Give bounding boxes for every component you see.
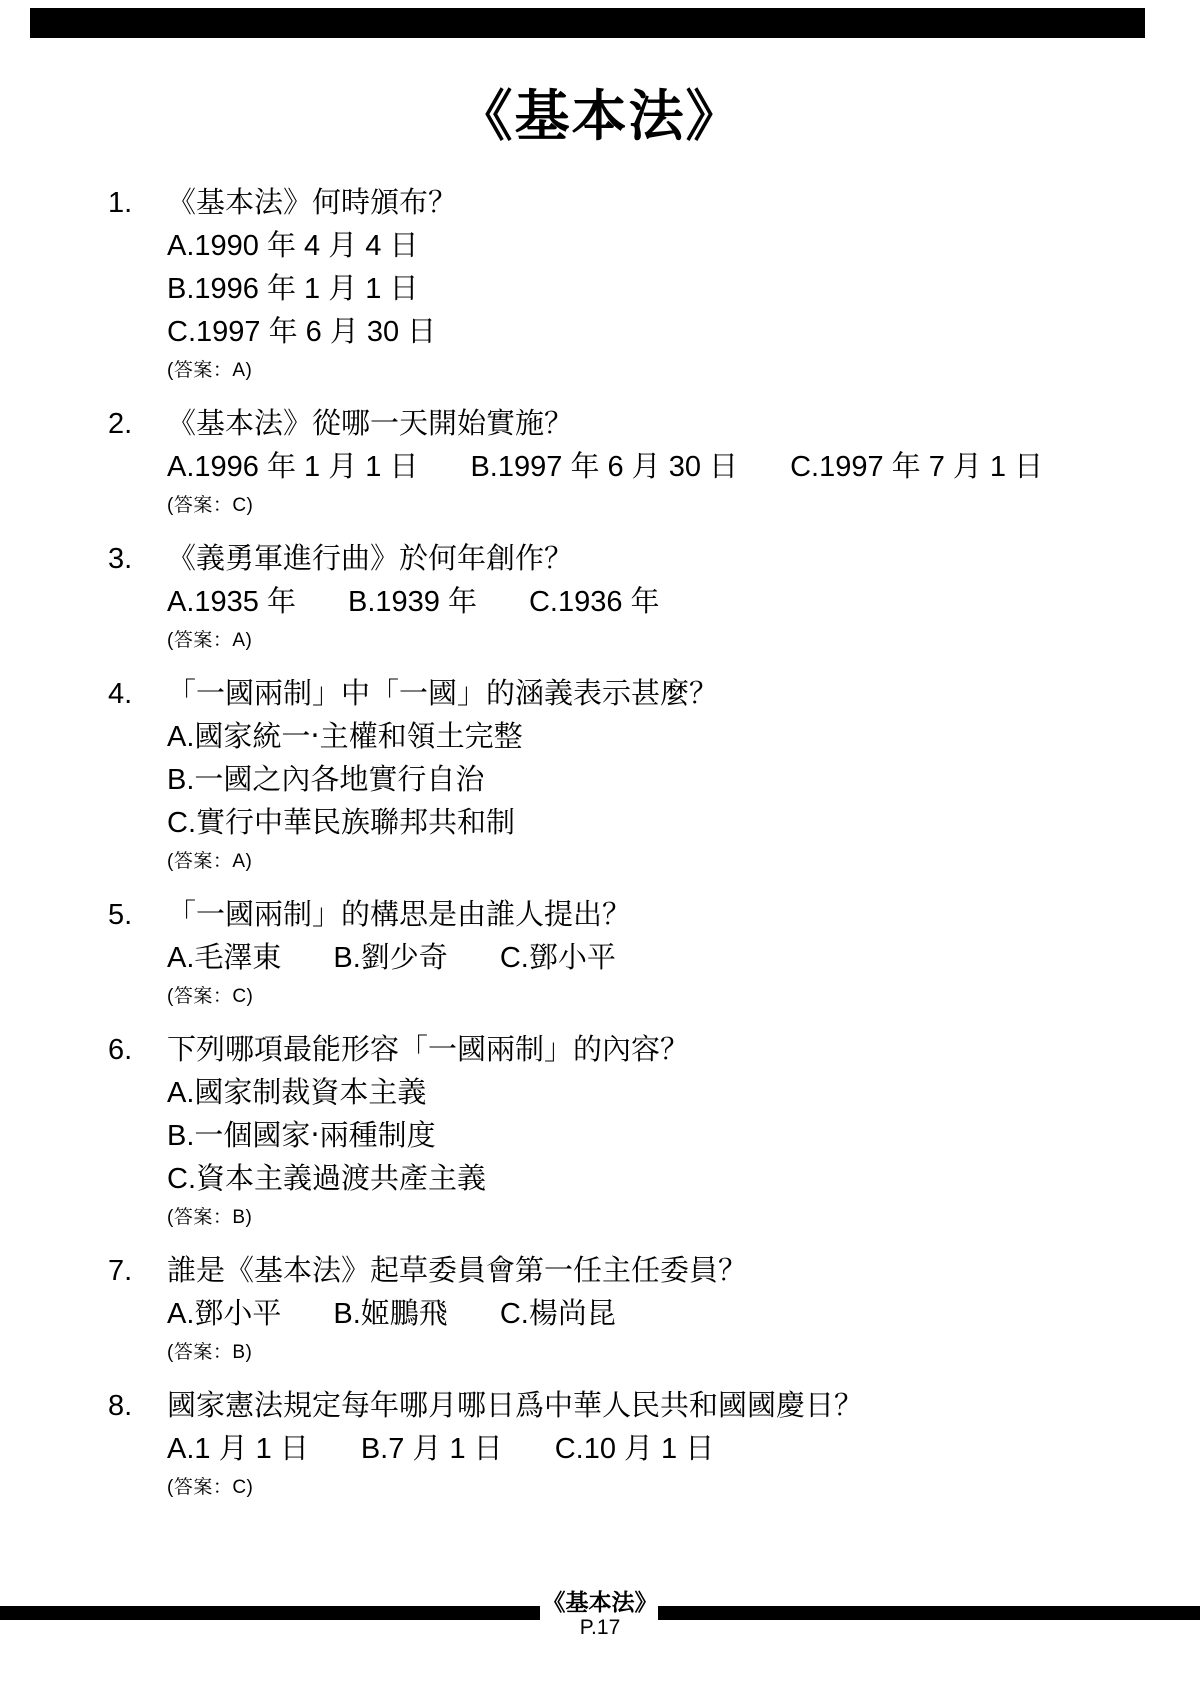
option-a: A.毛澤東	[167, 937, 281, 980]
option-b: B.1939 年	[348, 581, 477, 624]
option-c: C.1997 年 6 月 30 日	[167, 311, 1128, 354]
option-b: B.7 月 1 日	[361, 1428, 503, 1471]
answer-key: (答案：C)	[167, 1475, 1128, 1501]
option-a: A.鄧小平	[167, 1293, 281, 1336]
option-c: C.1936 年	[529, 581, 660, 624]
option-a: A.1990 年 4 月 4 日	[167, 225, 1128, 268]
question-number: 2.	[108, 403, 167, 519]
question-body: 《基本法》何時頒布？ A.1990 年 4 月 4 日 B.1996 年 1 月…	[167, 182, 1128, 384]
options-row: A.1935 年 B.1939 年 C.1936 年	[167, 581, 1128, 624]
option-c: C.1997 年 7 月 1 日	[790, 446, 1043, 489]
answer-key: (答案：A)	[167, 628, 1128, 654]
question-4: 4. 「一國兩制」中「一國」的涵義表示甚麼？ A.國家統一‧主權和領土完整 B.…	[108, 673, 1128, 875]
option-c: C.資本主義過渡共產主義	[167, 1158, 1128, 1201]
options-row: A.1996 年 1 月 1 日 B.1997 年 6 月 30 日 C.199…	[167, 446, 1128, 489]
option-c: C.鄧小平	[500, 937, 616, 980]
question-3: 3. 《義勇軍進行曲》於何年創作？ A.1935 年 B.1939 年 C.19…	[108, 538, 1128, 654]
question-stem: 《義勇軍進行曲》於何年創作？	[167, 538, 1128, 581]
question-stem: 國家憲法規定每年哪月哪日爲中華人民共和國國慶日？	[167, 1385, 1128, 1428]
option-a: A.1 月 1 日	[167, 1428, 309, 1471]
question-body: 《基本法》從哪一天開始實施？ A.1996 年 1 月 1 日 B.1997 年…	[167, 403, 1128, 519]
question-body: 誰是《基本法》起草委員會第一任主任委員？ A.鄧小平 B.姬鵬飛 C.楊尚昆 (…	[167, 1250, 1128, 1366]
options-row: A.毛澤東 B.劉少奇 C.鄧小平	[167, 937, 1128, 980]
question-number: 5.	[108, 894, 167, 1010]
option-b: B.一個國家‧兩種制度	[167, 1115, 1128, 1158]
option-b: B.姬鵬飛	[333, 1293, 447, 1336]
top-rule-bar	[30, 8, 1145, 38]
option-b: B.劉少奇	[333, 937, 447, 980]
answer-key: (答案：C)	[167, 984, 1128, 1010]
options-row: A.1 月 1 日 B.7 月 1 日 C.10 月 1 日	[167, 1428, 1128, 1471]
question-body: 國家憲法規定每年哪月哪日爲中華人民共和國國慶日？ A.1 月 1 日 B.7 月…	[167, 1385, 1128, 1501]
question-stem: 「一國兩制」中「一國」的涵義表示甚麼？	[167, 673, 1128, 716]
document-page: 《基本法》 1. 《基本法》何時頒布？ A.1990 年 4 月 4 日 B.1…	[0, 0, 1200, 1700]
question-number: 6.	[108, 1029, 167, 1231]
question-stem: 《基本法》何時頒布？	[167, 182, 1128, 225]
question-stem: 下列哪項最能形容「一國兩制」的內容？	[167, 1029, 1128, 1072]
question-list: 1. 《基本法》何時頒布？ A.1990 年 4 月 4 日 B.1996 年 …	[108, 182, 1128, 1520]
answer-key: (答案：A)	[167, 358, 1128, 384]
answer-key: (答案：B)	[167, 1340, 1128, 1366]
question-number: 3.	[108, 538, 167, 654]
answer-key: (答案：C)	[167, 493, 1128, 519]
answer-key: (答案：A)	[167, 849, 1128, 875]
option-b: B.1996 年 1 月 1 日	[167, 268, 1128, 311]
question-stem: 誰是《基本法》起草委員會第一任主任委員？	[167, 1250, 1128, 1293]
question-6: 6. 下列哪項最能形容「一國兩制」的內容？ A.國家制裁資本主義 B.一個國家‧…	[108, 1029, 1128, 1231]
option-a: A.1996 年 1 月 1 日	[167, 446, 418, 489]
option-b: B.一國之內各地實行自治	[167, 759, 1128, 802]
footer-page-number: P.17	[0, 1616, 1200, 1640]
question-body: 下列哪項最能形容「一國兩制」的內容？ A.國家制裁資本主義 B.一個國家‧兩種制…	[167, 1029, 1128, 1231]
question-body: 《義勇軍進行曲》於何年創作？ A.1935 年 B.1939 年 C.1936 …	[167, 538, 1128, 654]
options-row: A.鄧小平 B.姬鵬飛 C.楊尚昆	[167, 1293, 1128, 1336]
question-body: 「一國兩制」的構思是由誰人提出？ A.毛澤東 B.劉少奇 C.鄧小平 (答案：C…	[167, 894, 1128, 1010]
option-c: C.10 月 1 日	[555, 1428, 715, 1471]
option-c: C.楊尚昆	[500, 1293, 616, 1336]
question-stem: 《基本法》從哪一天開始實施？	[167, 403, 1128, 446]
question-2: 2. 《基本法》從哪一天開始實施？ A.1996 年 1 月 1 日 B.199…	[108, 403, 1128, 519]
option-a: A.國家制裁資本主義	[167, 1072, 1128, 1115]
question-number: 7.	[108, 1250, 167, 1366]
question-number: 4.	[108, 673, 167, 875]
question-stem: 「一國兩制」的構思是由誰人提出？	[167, 894, 1128, 937]
answer-key: (答案：B)	[167, 1205, 1128, 1231]
page-title: 《基本法》	[0, 72, 1200, 151]
option-b: B.1997 年 6 月 30 日	[470, 446, 738, 489]
question-body: 「一國兩制」中「一國」的涵義表示甚麼？ A.國家統一‧主權和領土完整 B.一國之…	[167, 673, 1128, 875]
question-number: 1.	[108, 182, 167, 384]
question-5: 5. 「一國兩制」的構思是由誰人提出？ A.毛澤東 B.劉少奇 C.鄧小平 (答…	[108, 894, 1128, 1010]
question-number: 8.	[108, 1385, 167, 1501]
option-a: A.國家統一‧主權和領土完整	[167, 716, 1128, 759]
option-a: A.1935 年	[167, 581, 296, 624]
question-7: 7. 誰是《基本法》起草委員會第一任主任委員？ A.鄧小平 B.姬鵬飛 C.楊尚…	[108, 1250, 1128, 1366]
option-c: C.實行中華民族聯邦共和制	[167, 802, 1128, 845]
question-1: 1. 《基本法》何時頒布？ A.1990 年 4 月 4 日 B.1996 年 …	[108, 182, 1128, 384]
question-8: 8. 國家憲法規定每年哪月哪日爲中華人民共和國國慶日？ A.1 月 1 日 B.…	[108, 1385, 1128, 1501]
